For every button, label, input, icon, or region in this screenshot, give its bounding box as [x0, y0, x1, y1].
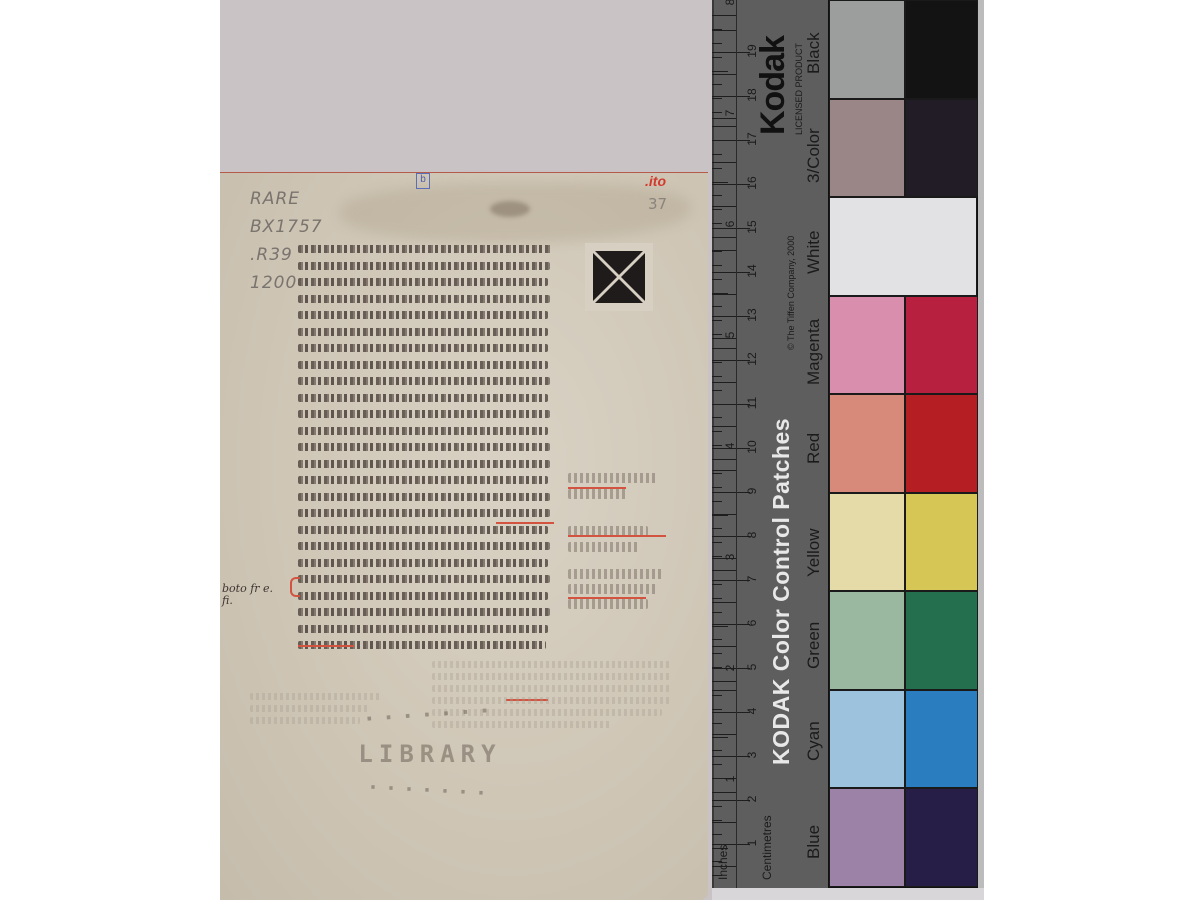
text-line [298, 357, 552, 374]
kodak-ruler: 1234567891011121314151617181912345678Inc… [712, 0, 828, 888]
text-line [298, 472, 552, 489]
inch-tick [712, 542, 722, 543]
inch-tick [712, 431, 722, 432]
inch-tick [712, 417, 722, 418]
ruler-edge [712, 0, 714, 888]
shelfmark-line: RARE [250, 185, 323, 213]
margin-note: boto fr e. fi. [222, 583, 273, 607]
patch-red-dark [905, 394, 978, 493]
inch-tick-label: 6 [723, 214, 737, 234]
patch-magenta-dark [905, 296, 978, 395]
inch-tick [712, 709, 722, 710]
inch-tick [712, 737, 728, 738]
text-line [298, 241, 552, 258]
inch-tick [712, 112, 722, 113]
blue-corner-mark: b [416, 173, 430, 189]
text-line [298, 291, 552, 308]
card-bottom-edge [712, 888, 984, 900]
swatch-label-cyan: Cyan [804, 721, 824, 761]
inch-tick [712, 126, 736, 127]
inch-tick [712, 84, 722, 85]
inch-tick [712, 598, 722, 599]
cm-tick-label: 11 [745, 393, 759, 413]
inch-tick-label: 3 [723, 547, 737, 567]
inch-tick [712, 29, 722, 30]
inch-tick [712, 764, 722, 765]
inch-tick [712, 71, 728, 72]
text-line [298, 571, 552, 588]
inch-tick [712, 57, 722, 58]
inch-tick [712, 612, 722, 613]
inch-tick [712, 404, 728, 405]
inch-tick [712, 584, 722, 585]
inch-tick [712, 459, 736, 460]
inch-tick [712, 501, 722, 502]
text-line [298, 307, 552, 324]
inch-tick [712, 390, 722, 391]
patch-green-light [829, 591, 905, 690]
inch-tick [712, 556, 722, 557]
cm-tick-label: 8 [745, 525, 759, 545]
patch-blue-light [829, 788, 905, 887]
text-line [298, 555, 552, 572]
swatch-label-magenta: Magenta [804, 319, 824, 385]
inch-tick [712, 376, 722, 377]
inch-tick-label: 7 [723, 103, 737, 123]
patch-black-dark [905, 0, 978, 99]
ruler-rule-line [736, 0, 737, 888]
cm-tick [712, 162, 736, 163]
cm-tick-label: 1 [745, 833, 759, 853]
inch-tick-label: 8 [723, 0, 737, 12]
text-line [298, 258, 552, 275]
inch-tick [712, 806, 722, 807]
inch-tick [712, 320, 722, 321]
folio-number: 37 [648, 195, 667, 213]
cm-tick [712, 426, 736, 427]
text-line [298, 489, 552, 506]
cm-tick-label: 6 [745, 613, 759, 633]
centimetres-label: Centimetres [760, 815, 774, 880]
text-line [298, 390, 552, 407]
cm-tick-label: 14 [745, 261, 759, 281]
inch-tick [712, 473, 722, 474]
patch-3-color-dark [905, 99, 978, 198]
inch-tick [712, 265, 722, 266]
patch-yellow-light [829, 493, 905, 592]
cm-tick [712, 646, 736, 647]
marginal-gloss [568, 473, 668, 614]
inch-tick [712, 528, 722, 529]
inch-tick-label: 2 [723, 658, 737, 678]
inch-tick [712, 195, 722, 196]
inch-tick [712, 293, 728, 294]
licensed-product-text: LICENSED PRODUCT [794, 43, 804, 135]
inch-tick [712, 778, 722, 779]
text-line [298, 406, 552, 423]
cm-tick [712, 74, 736, 75]
perforation-line: ······· [329, 696, 530, 735]
margin-note-line: fi. [222, 595, 273, 607]
inch-tick [712, 820, 722, 821]
kodak-logo: Kodak [754, 36, 793, 135]
inch-tick [712, 667, 722, 668]
cm-tick-label: 3 [745, 745, 759, 765]
card-title: KODAK Color Control Patches [768, 418, 795, 765]
cm-tick-label: 10 [745, 437, 759, 457]
text-line [298, 373, 552, 390]
cm-tick [712, 470, 736, 471]
inch-tick-label: 5 [723, 325, 737, 345]
text-line [298, 621, 552, 638]
cm-tick [712, 822, 736, 823]
copyright-text: © The Tiffen Company, 2000 [786, 236, 796, 350]
cm-tick-label: 16 [745, 173, 759, 193]
swatch-label-blue: Blue [804, 825, 824, 859]
inch-tick [712, 306, 722, 307]
inch-tick [712, 168, 722, 169]
inch-tick-label: 4 [723, 436, 737, 456]
text-line [298, 456, 552, 473]
inch-tick [712, 182, 728, 183]
patch-red-light [829, 394, 905, 493]
inch-tick [712, 279, 722, 280]
swatch-label-yellow: Yellow [804, 528, 824, 577]
patch-green-dark [905, 591, 978, 690]
rubric-underline [496, 522, 554, 524]
inch-tick [712, 792, 736, 793]
text-line [298, 423, 552, 440]
cm-tick-label: 13 [745, 305, 759, 325]
swatch-label-black: Black [804, 32, 824, 74]
inch-tick [712, 251, 722, 252]
inch-tick [712, 140, 722, 141]
inch-tick [712, 362, 722, 363]
patch-cyan-light [829, 690, 905, 789]
text-line [298, 505, 552, 522]
cm-tick [712, 602, 736, 603]
card-edge [978, 0, 984, 890]
swatch-label-3-color: 3/Color [804, 128, 824, 183]
inch-tick [712, 681, 736, 682]
swatch-label-red: Red [804, 433, 824, 464]
rubric-underline [298, 645, 354, 647]
inch-tick [712, 98, 722, 99]
inch-tick [712, 445, 722, 446]
patch-yellow-dark [905, 493, 978, 592]
inch-tick [712, 334, 722, 335]
swatch-label-green: Green [804, 622, 824, 669]
patch-magenta-light [829, 296, 905, 395]
cm-tick [712, 382, 736, 383]
cm-tick-label: 4 [745, 701, 759, 721]
patch-blue-dark [905, 788, 978, 887]
inch-tick [712, 487, 722, 488]
inch-tick [712, 653, 722, 654]
inch-tick [712, 834, 722, 835]
inch-tick [712, 237, 736, 238]
text-line [298, 324, 552, 341]
inch-tick [712, 43, 722, 44]
inch-tick [712, 15, 736, 16]
text-line [298, 538, 552, 555]
main-text-column [298, 241, 552, 654]
cm-tick-label: 5 [745, 657, 759, 677]
inch-tick [712, 750, 722, 751]
cm-tick-label: 7 [745, 569, 759, 589]
text-line [298, 340, 552, 357]
shelfmark-line: BX1757 [250, 213, 323, 241]
swatch-label-white: White [804, 230, 824, 273]
inch-tick [712, 723, 722, 724]
cm-tick-label: 9 [745, 481, 759, 501]
red-corner-mark: .ito [645, 173, 666, 189]
inch-tick [712, 695, 722, 696]
inch-tick [712, 639, 722, 640]
inch-tick-label: 1 [723, 769, 737, 789]
perforation-stamp: ······· LIBRARY ······· [330, 703, 530, 802]
dark-stain [490, 201, 530, 217]
text-line [298, 274, 552, 291]
cm-tick [712, 294, 736, 295]
text-line [298, 604, 552, 621]
cm-tick [712, 734, 736, 735]
inches-label: Inches [716, 845, 730, 880]
manuscript-leaf: RARE BX1757 .R39 1200 b .ito 37 boto fr … [220, 172, 708, 900]
inch-tick [712, 570, 736, 571]
cross-pattee-icon [585, 243, 653, 311]
inch-tick [712, 348, 736, 349]
cm-tick-label: 12 [745, 349, 759, 369]
color-patches [828, 0, 978, 888]
perforation-line: LIBRARY [330, 740, 530, 768]
inch-tick [712, 223, 722, 224]
cm-tick [712, 206, 736, 207]
inch-tick [712, 515, 728, 516]
patch-3-color-light [829, 99, 905, 198]
perforation-line: ······· [330, 773, 531, 807]
text-line [298, 588, 552, 605]
cm-tick-label: 2 [745, 789, 759, 809]
patch-cyan-dark [905, 690, 978, 789]
cm-tick [712, 690, 736, 691]
patch-white [829, 197, 977, 296]
inch-tick [712, 154, 722, 155]
cm-tick [712, 30, 736, 31]
inch-tick [712, 209, 722, 210]
patch-black-light [829, 0, 905, 99]
rubricated-initial [290, 577, 300, 597]
text-line [298, 439, 552, 456]
inch-tick [712, 626, 728, 627]
cm-tick-label: 15 [745, 217, 759, 237]
